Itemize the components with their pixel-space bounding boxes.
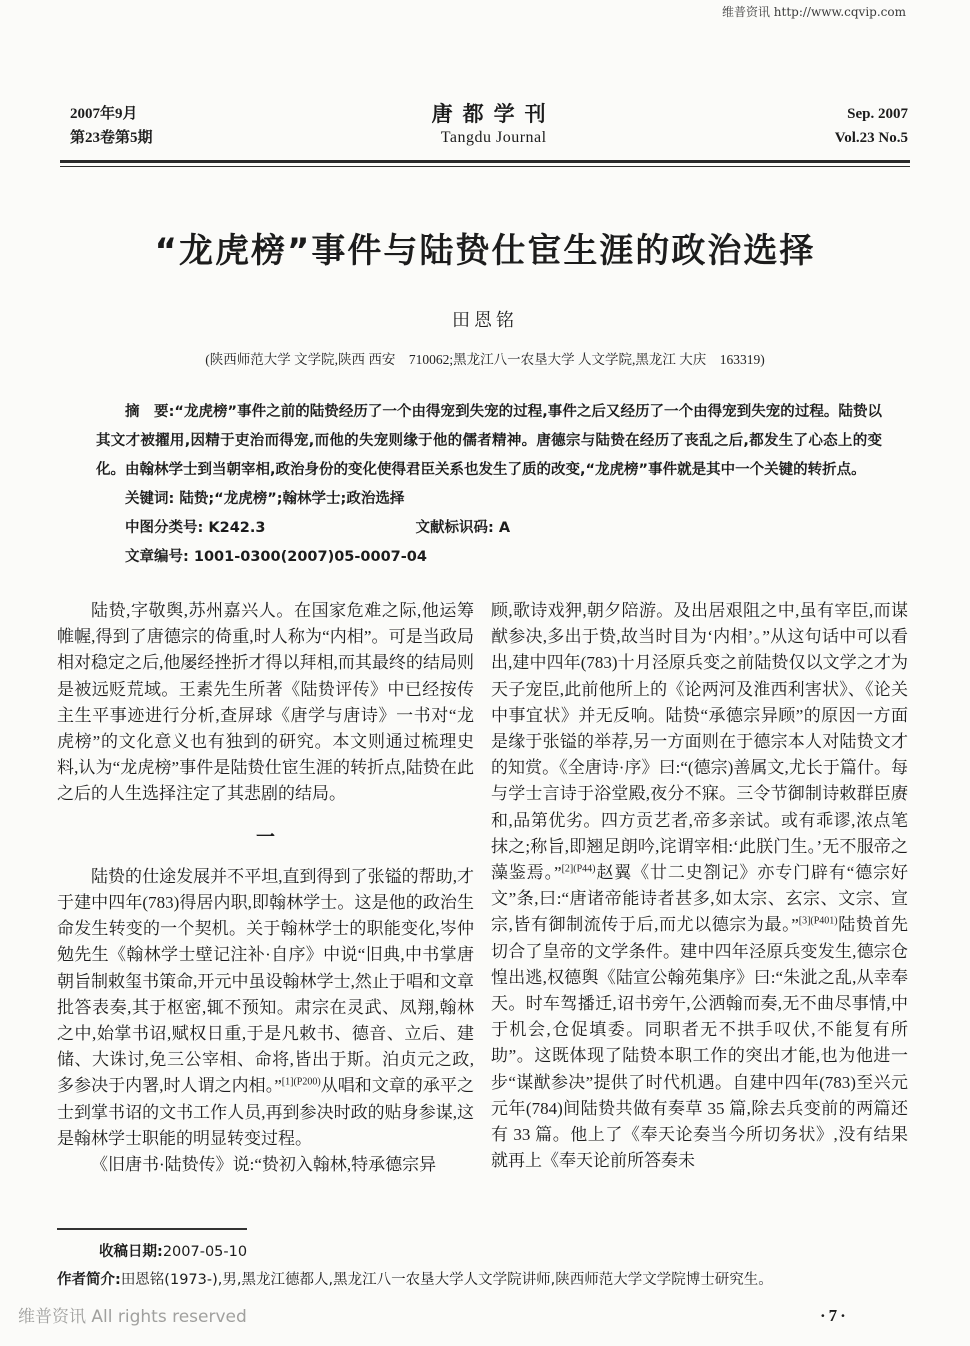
abstract-label: 摘 要: bbox=[125, 404, 174, 420]
article-author: 田恩铭 bbox=[0, 306, 970, 332]
cqvip-watermark-bottom: 维普资讯 All rights reserved bbox=[18, 1302, 247, 1327]
header-divider-rule bbox=[60, 160, 910, 167]
keywords-value: 陆贽;“龙虎榜”;翰林学士;政治选择 bbox=[179, 491, 404, 507]
article-id-label: 文章编号: bbox=[125, 549, 189, 565]
header-journal-title: 唐都学刊 Tangdu Journal bbox=[432, 102, 556, 150]
article-id-value: 1001-0300(2007)05-0007-04 bbox=[194, 549, 427, 565]
citation-superscript: [1](P200) bbox=[282, 1077, 321, 1088]
article-title: “龙虎榜”事件与陆贽仕宦生涯的政治选择 bbox=[40, 223, 930, 272]
body-paragraph: 顾,歌诗戏狎,朝夕陪游。及出居艰阻之中,虽有宰臣,而谋猷参决,多出于贽,故当时目… bbox=[491, 598, 908, 1174]
body-paragraph: 陆贽,字敬舆,苏州嘉兴人。在国家危难之际,他运筹帷幄,得到了唐德宗的倚重,时人称… bbox=[57, 598, 474, 808]
author-bio-line: 作者简介:田恩铭(1973-),男,黑龙江德都人,黑龙江八一农垦大学人文学院讲师… bbox=[57, 1266, 913, 1294]
keywords-line: 关键词: 陆贽;“龙虎榜”;翰林学士;政治选择 bbox=[96, 485, 882, 514]
clc-label: 中图分类号: bbox=[125, 520, 203, 536]
header-issue-info-cn: 2007年9月 第23卷第5期 bbox=[70, 102, 153, 150]
journal-title-cn: 唐都学刊 bbox=[432, 102, 556, 126]
body-paragraph: 陆贽的仕途发展并不平坦,直到得到了张镒的帮助,才于建中四年(783)得居内职,即… bbox=[57, 864, 474, 1152]
header-date-cn: 2007年9月 bbox=[70, 102, 153, 126]
cqvip-watermark-top: 维普资讯 http://www.cqvip.com bbox=[722, 3, 906, 20]
journal-title-en: Tangdu Journal bbox=[432, 126, 556, 150]
citation-superscript: [2](P44) bbox=[562, 863, 596, 874]
header-issue-cn: 第23卷第5期 bbox=[70, 126, 153, 150]
article-body: 陆贽,字敬舆,苏州嘉兴人。在国家危难之际,他运筹帷幄,得到了唐德宗的倚重,时人称… bbox=[57, 598, 908, 1246]
section-divider: 一 bbox=[57, 824, 474, 850]
page-number: ·7· bbox=[820, 1306, 849, 1326]
header-date-en: Sep. 2007 bbox=[835, 102, 908, 126]
article-id-line: 文章编号: 1001-0300(2007)05-0007-04 bbox=[96, 543, 882, 572]
body-paragraph: 《旧唐书·陆贽传》说:“贽初入翰林,特承德宗异 bbox=[57, 1152, 474, 1178]
keywords-label: 关键词: bbox=[125, 491, 174, 507]
article-meta-block: 摘 要:“龙虎榜”事件之前的陆贽经历了一个由得宠到失宠的过程,事件之后又经历了一… bbox=[96, 398, 882, 572]
footnote-block: 收稿日期:2007-05-10 作者简介:田恩铭(1973-),男,黑龙江德都人… bbox=[57, 1228, 913, 1294]
header-issue-en: Vol.23 No.5 bbox=[835, 126, 908, 150]
journal-page: 维普资讯 http://www.cqvip.com 2007年9月 第23卷第5… bbox=[0, 0, 970, 1346]
header-issue-info-en: Sep. 2007 Vol.23 No.5 bbox=[835, 102, 908, 150]
received-date-line: 收稿日期:2007-05-10 bbox=[57, 1238, 913, 1266]
right-column: 顾,歌诗戏狎,朝夕陪游。及出居艰阻之中,虽有宰臣,而谋猷参决,多出于贽,故当时目… bbox=[491, 598, 908, 1246]
clc-line: 中图分类号: K242.3文献标识码: A bbox=[96, 514, 882, 543]
abstract-paragraph: 摘 要:“龙虎榜”事件之前的陆贽经历了一个由得宠到失宠的过程,事件之后又经历了一… bbox=[96, 398, 882, 485]
author-bio-label: 作者简介: bbox=[57, 1272, 121, 1288]
abstract-text: “龙虎榜”事件之前的陆贽经历了一个由得宠到失宠的过程,事件之后又经历了一个由得宠… bbox=[96, 404, 882, 478]
doc-code-value: A bbox=[499, 520, 510, 536]
doc-code-label: 文献标识码: bbox=[415, 520, 493, 536]
journal-header: 2007年9月 第23卷第5期 唐都学刊 Tangdu Journal Sep.… bbox=[0, 0, 970, 150]
received-date-value: 2007-05-10 bbox=[163, 1244, 247, 1260]
citation-superscript: [3](P401) bbox=[799, 916, 838, 927]
left-column: 陆贽,字敬舆,苏州嘉兴人。在国家危难之际,他运筹帷幄,得到了唐德宗的倚重,时人称… bbox=[57, 598, 474, 1246]
article-affiliation: (陕西师范大学 文学院,陕西 西安 710062;黑龙江八一农垦大学 人文学院,… bbox=[0, 348, 970, 368]
footnote-separator-rule bbox=[57, 1228, 247, 1230]
clc-value: K242.3 bbox=[208, 520, 265, 536]
received-date-label: 收稿日期: bbox=[99, 1244, 163, 1260]
author-bio-value: 田恩铭(1973-),男,黑龙江德都人,黑龙江八一农垦大学人文学院讲师,陕西师范… bbox=[121, 1272, 773, 1288]
